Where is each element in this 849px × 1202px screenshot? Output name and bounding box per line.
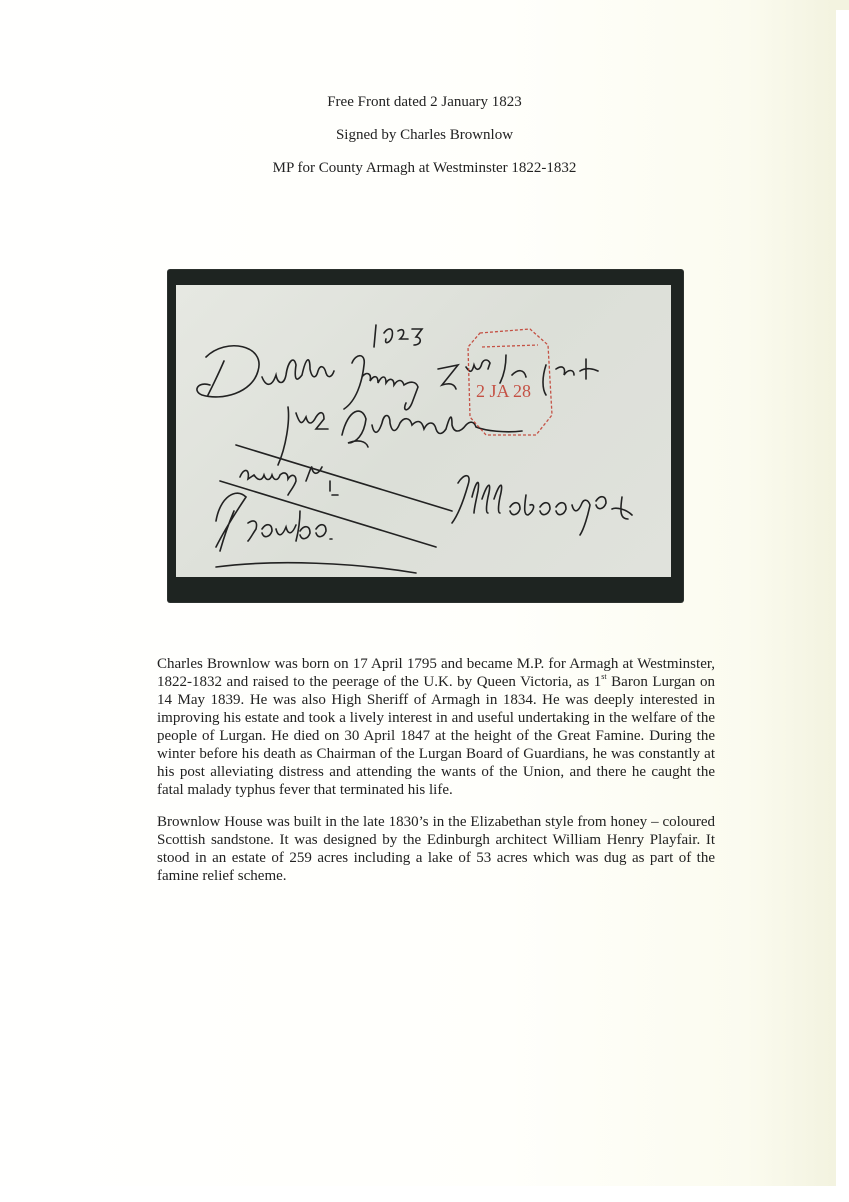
bio-paragraph-1: Charles Brownlow was born on 17 April 17… — [157, 655, 715, 799]
subtitle-signed: Signed by Charles Brownlow — [0, 125, 849, 145]
subtitle-mp: MP for County Armagh at Westminster 1822… — [0, 158, 849, 178]
title-line: Free Front dated 2 January 1823 — [0, 92, 849, 112]
biography-text: Charles Brownlow was born on 17 April 17… — [157, 655, 715, 899]
manuscript-handwriting: 2 JA 28 — [176, 285, 671, 577]
bio-paragraph-2: Brownlow House was built in the late 183… — [157, 813, 715, 885]
page-edge-bottom — [0, 1186, 849, 1202]
postmark-date: 2 JA 28 — [476, 381, 531, 401]
free-front-cover: 2 JA 28 — [176, 285, 671, 577]
page-header: Free Front dated 2 January 1823 Signed b… — [0, 92, 849, 191]
